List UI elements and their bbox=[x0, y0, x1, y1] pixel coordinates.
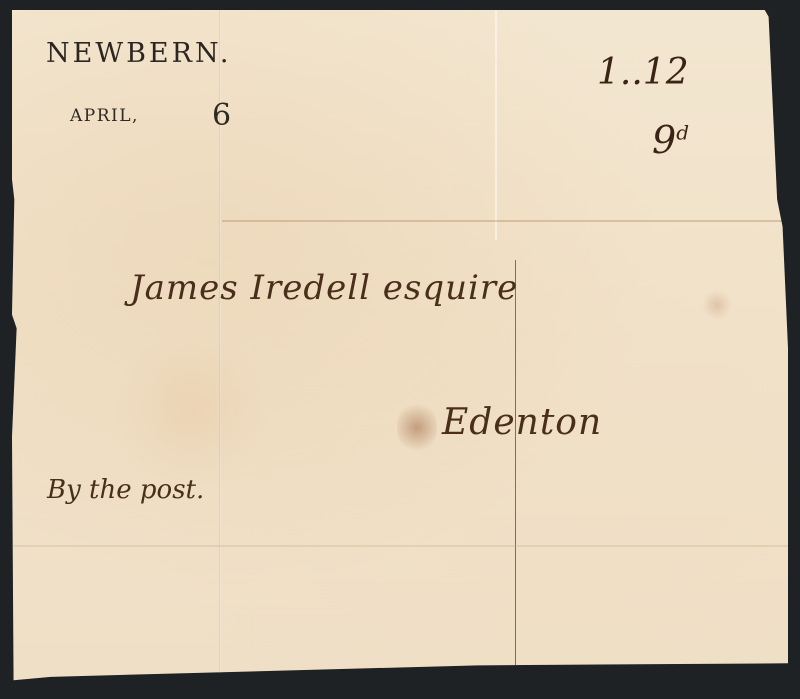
postage-rate: 1..12 bbox=[597, 52, 689, 93]
postmark-day: 6 bbox=[212, 98, 231, 133]
routing-instruction: By the post. bbox=[47, 475, 204, 505]
fold-line-horizontal bbox=[12, 545, 788, 547]
address-city: Edenton bbox=[442, 402, 602, 443]
rate-unit: d bbox=[676, 120, 689, 144]
postmark-month: APRIL, bbox=[70, 106, 139, 126]
postmark-town: NEWBERN. bbox=[46, 38, 231, 69]
letter-cover: NEWBERN. APRIL, 6 1..12 9d James Iredell… bbox=[12, 10, 788, 687]
fold-line-vertical bbox=[495, 10, 497, 240]
rate-value: 9 bbox=[652, 118, 676, 162]
foxing-stain bbox=[702, 290, 732, 320]
toning-stain bbox=[112, 330, 272, 490]
addressee-name: James Iredell esquire bbox=[130, 268, 518, 308]
edge-docket bbox=[764, 30, 798, 200]
ink-stain bbox=[397, 400, 437, 455]
fold-crack-vertical bbox=[515, 260, 516, 680]
postage-rate-pence: 9d bbox=[652, 118, 689, 162]
fold-line-horizontal bbox=[222, 220, 782, 222]
